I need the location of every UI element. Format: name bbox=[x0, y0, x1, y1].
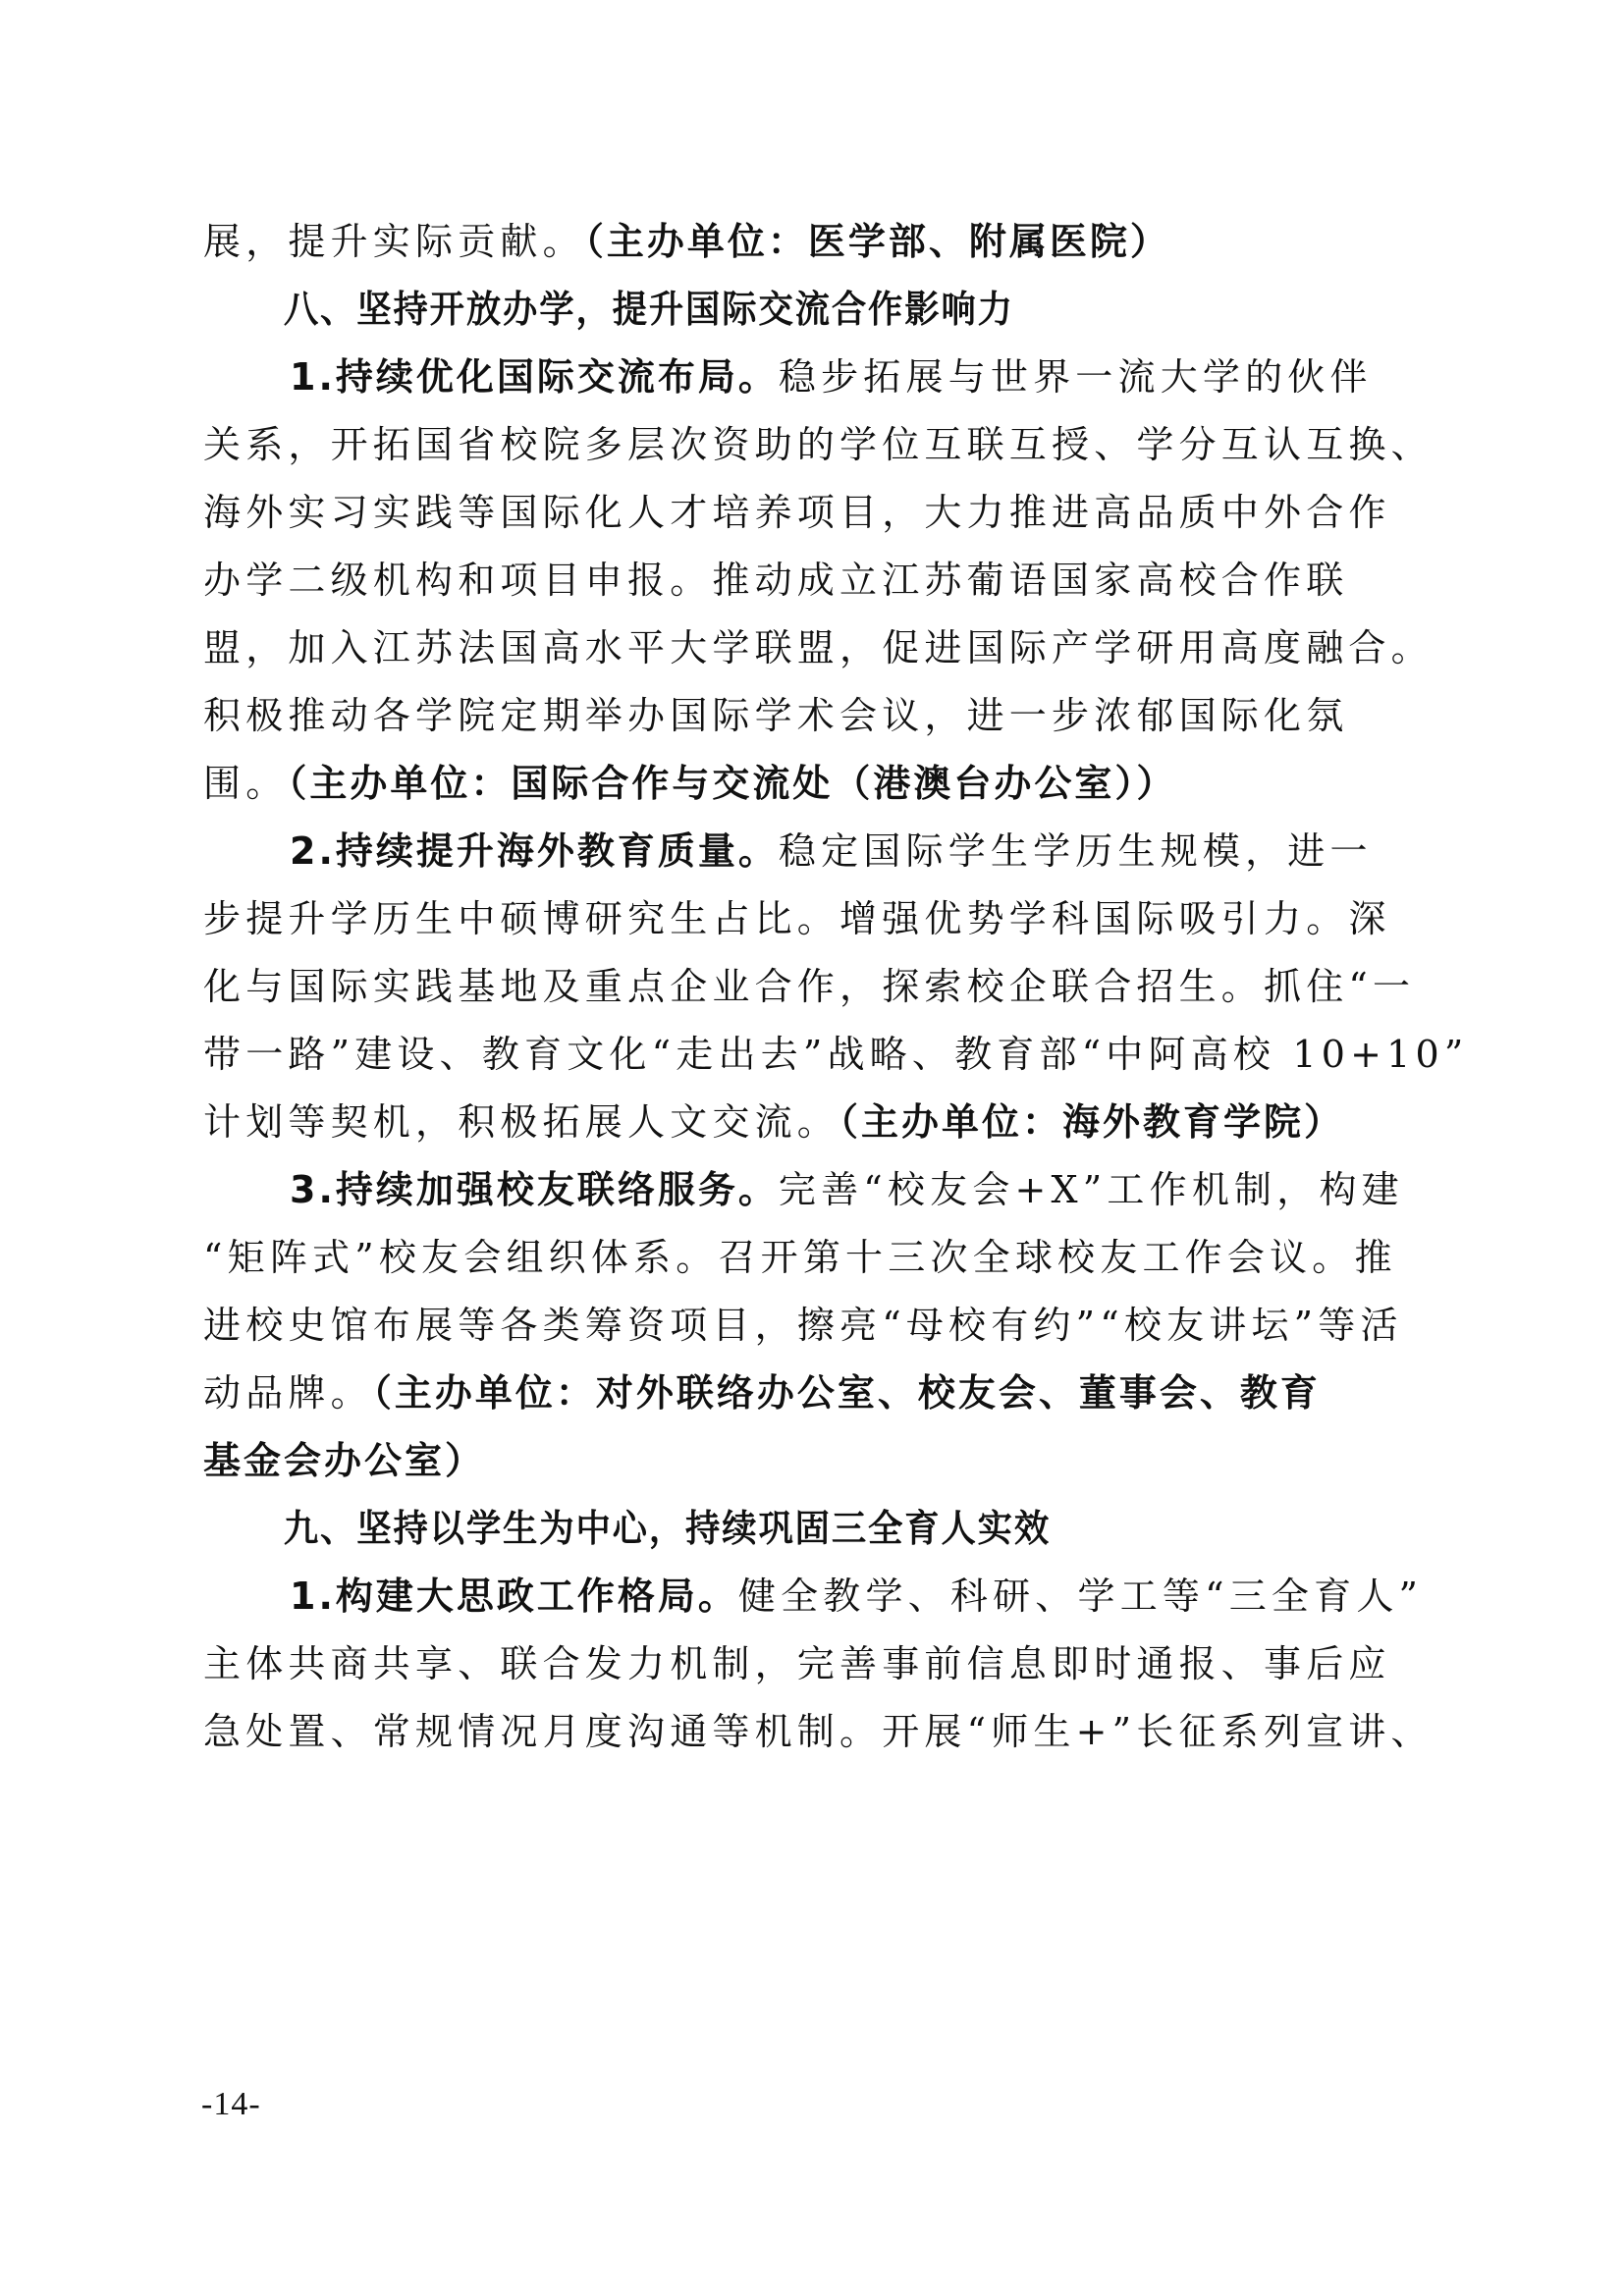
page-number: -14- bbox=[201, 2086, 261, 2123]
body-text: 步提升学历生中硕博研究生占比。增强优势学科国际吸引力。深 bbox=[203, 897, 1391, 940]
paragraph-line: 进校史馆布展等各类筹资项目，擦亮“母校有约”“校友讲坛”等活 bbox=[203, 1292, 1426, 1360]
section-heading-text: 九、坚持以学生为中心，持续巩固三全育人实效 bbox=[284, 1507, 1051, 1550]
host-unit-note: （主办单位：海外教育学院） bbox=[839, 1100, 1344, 1144]
body-text: 稳步拓展与世界一流大学的伙伴 bbox=[779, 355, 1373, 399]
body-text: 关系，开拓国省校院多层次资助的学位互联互授、学分互认互换、 bbox=[203, 423, 1434, 466]
body-text: 带一路”建设、教育文化“走出去”战略、教育部“中阿高校 10+10” bbox=[203, 1033, 1469, 1076]
paragraph-line: 办学二级机构和项目申报。推动成立江苏葡语国家高校合作联 bbox=[203, 547, 1426, 614]
paragraph-line: “矩阵式”校友会组织体系。召开第十三次全球校友工作会议。推 bbox=[203, 1224, 1426, 1292]
document-body: 展，提升实际贡献。（主办单位：医学部、附属医院） 八、坚持开放办学，提升国际交流… bbox=[203, 208, 1426, 1766]
item-title: 3.持续加强校友联络服务。 bbox=[290, 1168, 779, 1211]
item-line: 3.持续加强校友联络服务。完善“校友会+X”工作机制，构建 bbox=[203, 1156, 1426, 1224]
paragraph-line: 带一路”建设、教育文化“走出去”战略、教育部“中阿高校 10+10” bbox=[203, 1021, 1426, 1089]
body-text: 盟，加入江苏法国高水平大学联盟，促进国际产学研用高度融合。 bbox=[203, 626, 1434, 669]
body-text: 计划等契机，积极拓展人文交流。 bbox=[203, 1100, 839, 1144]
section-heading-8: 八、坚持开放办学，提升国际交流合作影响力 bbox=[203, 276, 1340, 344]
host-unit-note: 基金会办公室） bbox=[203, 1439, 485, 1482]
paragraph-line: 关系，开拓国省校院多层次资助的学位互联互授、学分互认互换、 bbox=[203, 411, 1426, 479]
body-text: 健全教学、科研、学工等“三全育人” bbox=[738, 1575, 1423, 1618]
paragraph-line: 急处置、常规情况月度沟通等机制。开展“师生+”长征系列宣讲、 bbox=[203, 1698, 1426, 1766]
item-line: 2.持续提升海外教育质量。稳定国际学生学历生规模，进一 bbox=[203, 818, 1426, 885]
body-text: 主体共商共享、联合发力机制，完善事前信息即时通报、事后应 bbox=[203, 1642, 1391, 1685]
paragraph-line: 围。（主办单位：国际合作与交流处（港澳台办公室）） bbox=[203, 750, 1426, 818]
section-heading-text: 八、坚持开放办学，提升国际交流合作影响力 bbox=[284, 288, 1014, 331]
paragraph-line: 化与国际实践基地及重点企业合作，探索校企联合招生。抓住“一 bbox=[203, 953, 1426, 1021]
body-text: 稳定国际学生学历生规模，进一 bbox=[779, 829, 1373, 873]
body-text: 围。 bbox=[203, 762, 288, 805]
item-title: 1.持续优化国际交流布局。 bbox=[290, 355, 779, 399]
paragraph-line: 积极推动各学院定期举办国际学术会议，进一步浓郁国际化氛 bbox=[203, 682, 1426, 750]
item-title: 1.构建大思政工作格局。 bbox=[290, 1575, 738, 1618]
body-text: 海外实习实践等国际化人才培养项目，大力推进高品质中外合作 bbox=[203, 491, 1391, 534]
section-heading-9: 九、坚持以学生为中心，持续巩固三全育人实效 bbox=[203, 1495, 1340, 1563]
paragraph-line: 主体共商共享、联合发力机制，完善事前信息即时通报、事后应 bbox=[203, 1630, 1426, 1698]
body-text: 积极推动各学院定期举办国际学术会议，进一步浓郁国际化氛 bbox=[203, 694, 1348, 737]
paragraph-line: 步提升学历生中硕博研究生占比。增强优势学科国际吸引力。深 bbox=[203, 885, 1426, 953]
paragraph-line: 盟，加入江苏法国高水平大学联盟，促进国际产学研用高度融合。 bbox=[203, 614, 1426, 682]
host-unit-note: （主办单位：对外联络办公室、校友会、董事会、教育 bbox=[373, 1371, 1321, 1415]
paragraph-line: 动品牌。（主办单位：对外联络办公室、校友会、董事会、教育 bbox=[203, 1360, 1426, 1427]
body-text: 展，提升实际贡献。 bbox=[203, 220, 585, 263]
body-text: 进校史馆布展等各类筹资项目，擦亮“母校有约”“校友讲坛”等活 bbox=[203, 1304, 1403, 1347]
body-text: 化与国际实践基地及重点企业合作，探索校企联合招生。抓住“一 bbox=[203, 965, 1415, 1008]
body-text: 动品牌。 bbox=[203, 1371, 373, 1415]
paragraph-line: 基金会办公室） bbox=[203, 1427, 1426, 1495]
paragraph-line: 计划等契机，积极拓展人文交流。（主办单位：海外教育学院） bbox=[203, 1089, 1426, 1156]
body-text: 完善“校友会+X”工作机制，构建 bbox=[779, 1168, 1404, 1211]
body-text: 急处置、常规情况月度沟通等机制。开展“师生+”长征系列宣讲、 bbox=[203, 1710, 1434, 1753]
item-line: 1.构建大思政工作格局。健全教学、科研、学工等“三全育人” bbox=[203, 1563, 1426, 1630]
host-unit-note: （主办单位：医学部、附属医院） bbox=[585, 220, 1170, 263]
paragraph-line: 海外实习实践等国际化人才培养项目，大力推进高品质中外合作 bbox=[203, 479, 1426, 547]
body-text: “矩阵式”校友会组织体系。召开第十三次全球校友工作会议。推 bbox=[203, 1236, 1397, 1279]
item-title: 2.持续提升海外教育质量。 bbox=[290, 829, 779, 873]
item-line: 1.持续优化国际交流布局。稳步拓展与世界一流大学的伙伴 bbox=[203, 344, 1426, 411]
paragraph-line: 展，提升实际贡献。（主办单位：医学部、附属医院） bbox=[203, 208, 1426, 276]
body-text: 办学二级机构和项目申报。推动成立江苏葡语国家高校合作联 bbox=[203, 559, 1348, 602]
host-unit-note: （主办单位：国际合作与交流处（港澳台办公室）） bbox=[288, 762, 1176, 805]
